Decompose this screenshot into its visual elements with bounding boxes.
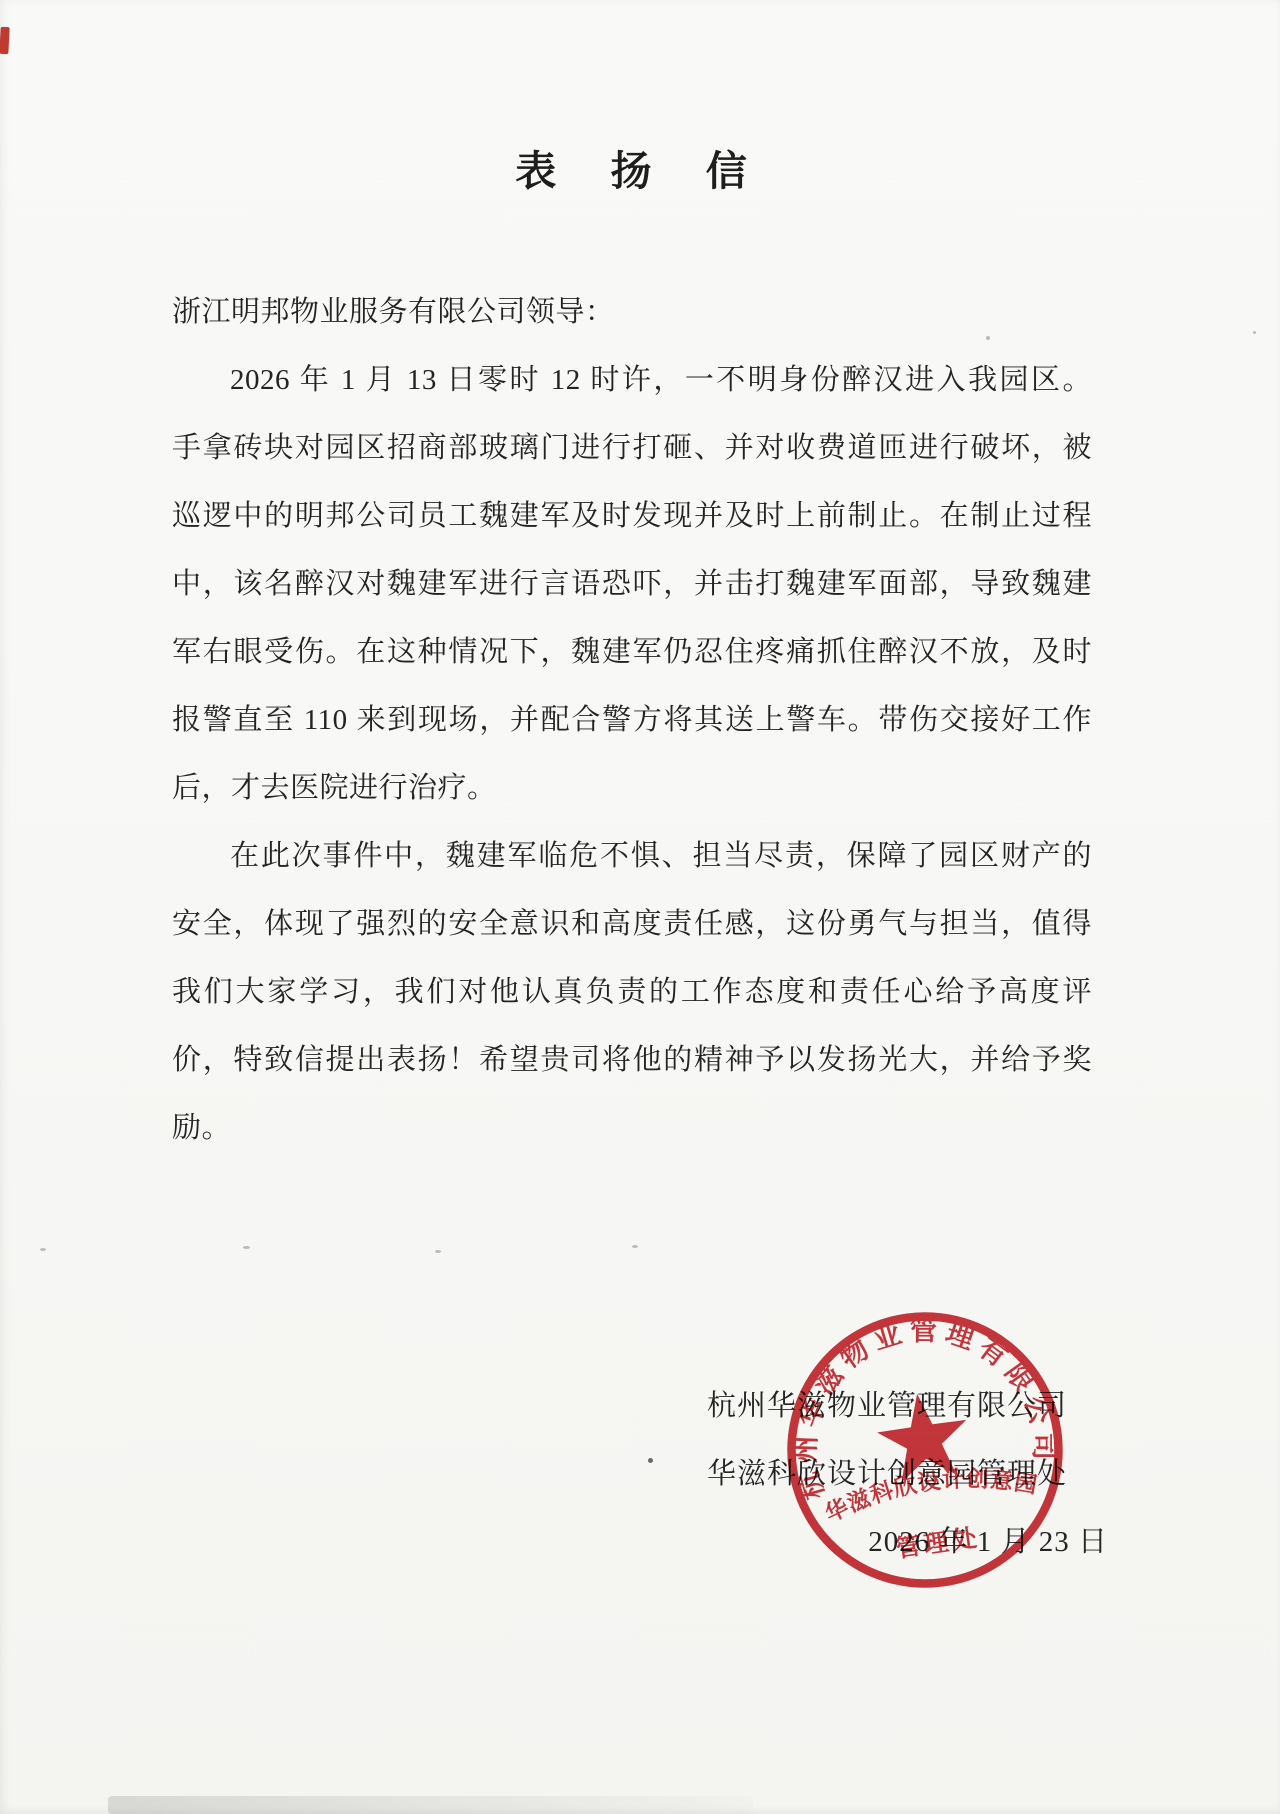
- stamp-bottom-text: 管理处: [894, 1523, 982, 1564]
- company-stamp: 杭州华滋物业管理有限公司 华滋科欣设计创意园 管理处: [765, 1290, 1086, 1611]
- scan-artifact-red-mark: [0, 27, 10, 54]
- letter-title: 表 扬 信: [172, 138, 1092, 197]
- body-line: 价，特致信提出表扬！希望贵司将他的精神予以发扬光大，并给予奖: [172, 1026, 1092, 1094]
- scan-speck: [632, 1245, 638, 1248]
- body-line: 报警直至 110 来到现场，并配合警方将其送上警车。带伤交接好工作: [172, 686, 1092, 754]
- body-line: 安全，体现了强烈的安全意识和高度责任感，这份勇气与担当，值得: [172, 890, 1092, 958]
- body-line: 我们大家学习，我们对他认真负责的工作态度和责任心给予高度评: [172, 958, 1092, 1026]
- body-line: 在此次事件中，魏建军临危不惧、担当尽责，保障了园区财产的: [172, 822, 1092, 890]
- body-line: 励。: [172, 1094, 1092, 1162]
- body-line: 手拿砖块对园区招商部玻璃门进行打砸、并对收费道匝进行破坏，被: [172, 414, 1092, 482]
- body-line: 2026 年 1 月 13 日零时 12 时许，一不明身份醉汉进入我园区。: [172, 346, 1092, 414]
- body-line: 后，才去医院进行治疗。: [172, 754, 1092, 822]
- body-line: 中，该名醉汉对魏建军进行言语恐吓，并击打魏建军面部，导致魏建: [172, 550, 1092, 618]
- body-line: 军右眼受伤。在这种情况下，魏建军仍忍住疼痛抓住醉汉不放，及时: [172, 618, 1092, 686]
- stamp-inner-arc-text: 华滋科欣设计创意园: [818, 1453, 1043, 1528]
- scan-speck: [986, 336, 990, 340]
- scan-speck: [648, 1458, 653, 1463]
- scan-smudge: [108, 1796, 753, 1814]
- scan-speck: [243, 1246, 250, 1249]
- salutation-line: 浙江明邦物业服务有限公司领导：: [172, 278, 1092, 346]
- scan-speck: [40, 1248, 46, 1251]
- scan-speck: [435, 1250, 441, 1253]
- letter-body: 浙江明邦物业服务有限公司领导： 2026 年 1 月 13 日零时 12 时许，…: [172, 278, 1092, 1162]
- body-line: 巡逻中的明邦公司员工魏建军及时发现并及时上前制止。在制止过程: [172, 482, 1092, 550]
- scan-speck: [1253, 331, 1256, 334]
- scanned-letter-page: 表 扬 信 浙江明邦物业服务有限公司领导： 2026 年 1 月 13 日零时 …: [0, 0, 1280, 1814]
